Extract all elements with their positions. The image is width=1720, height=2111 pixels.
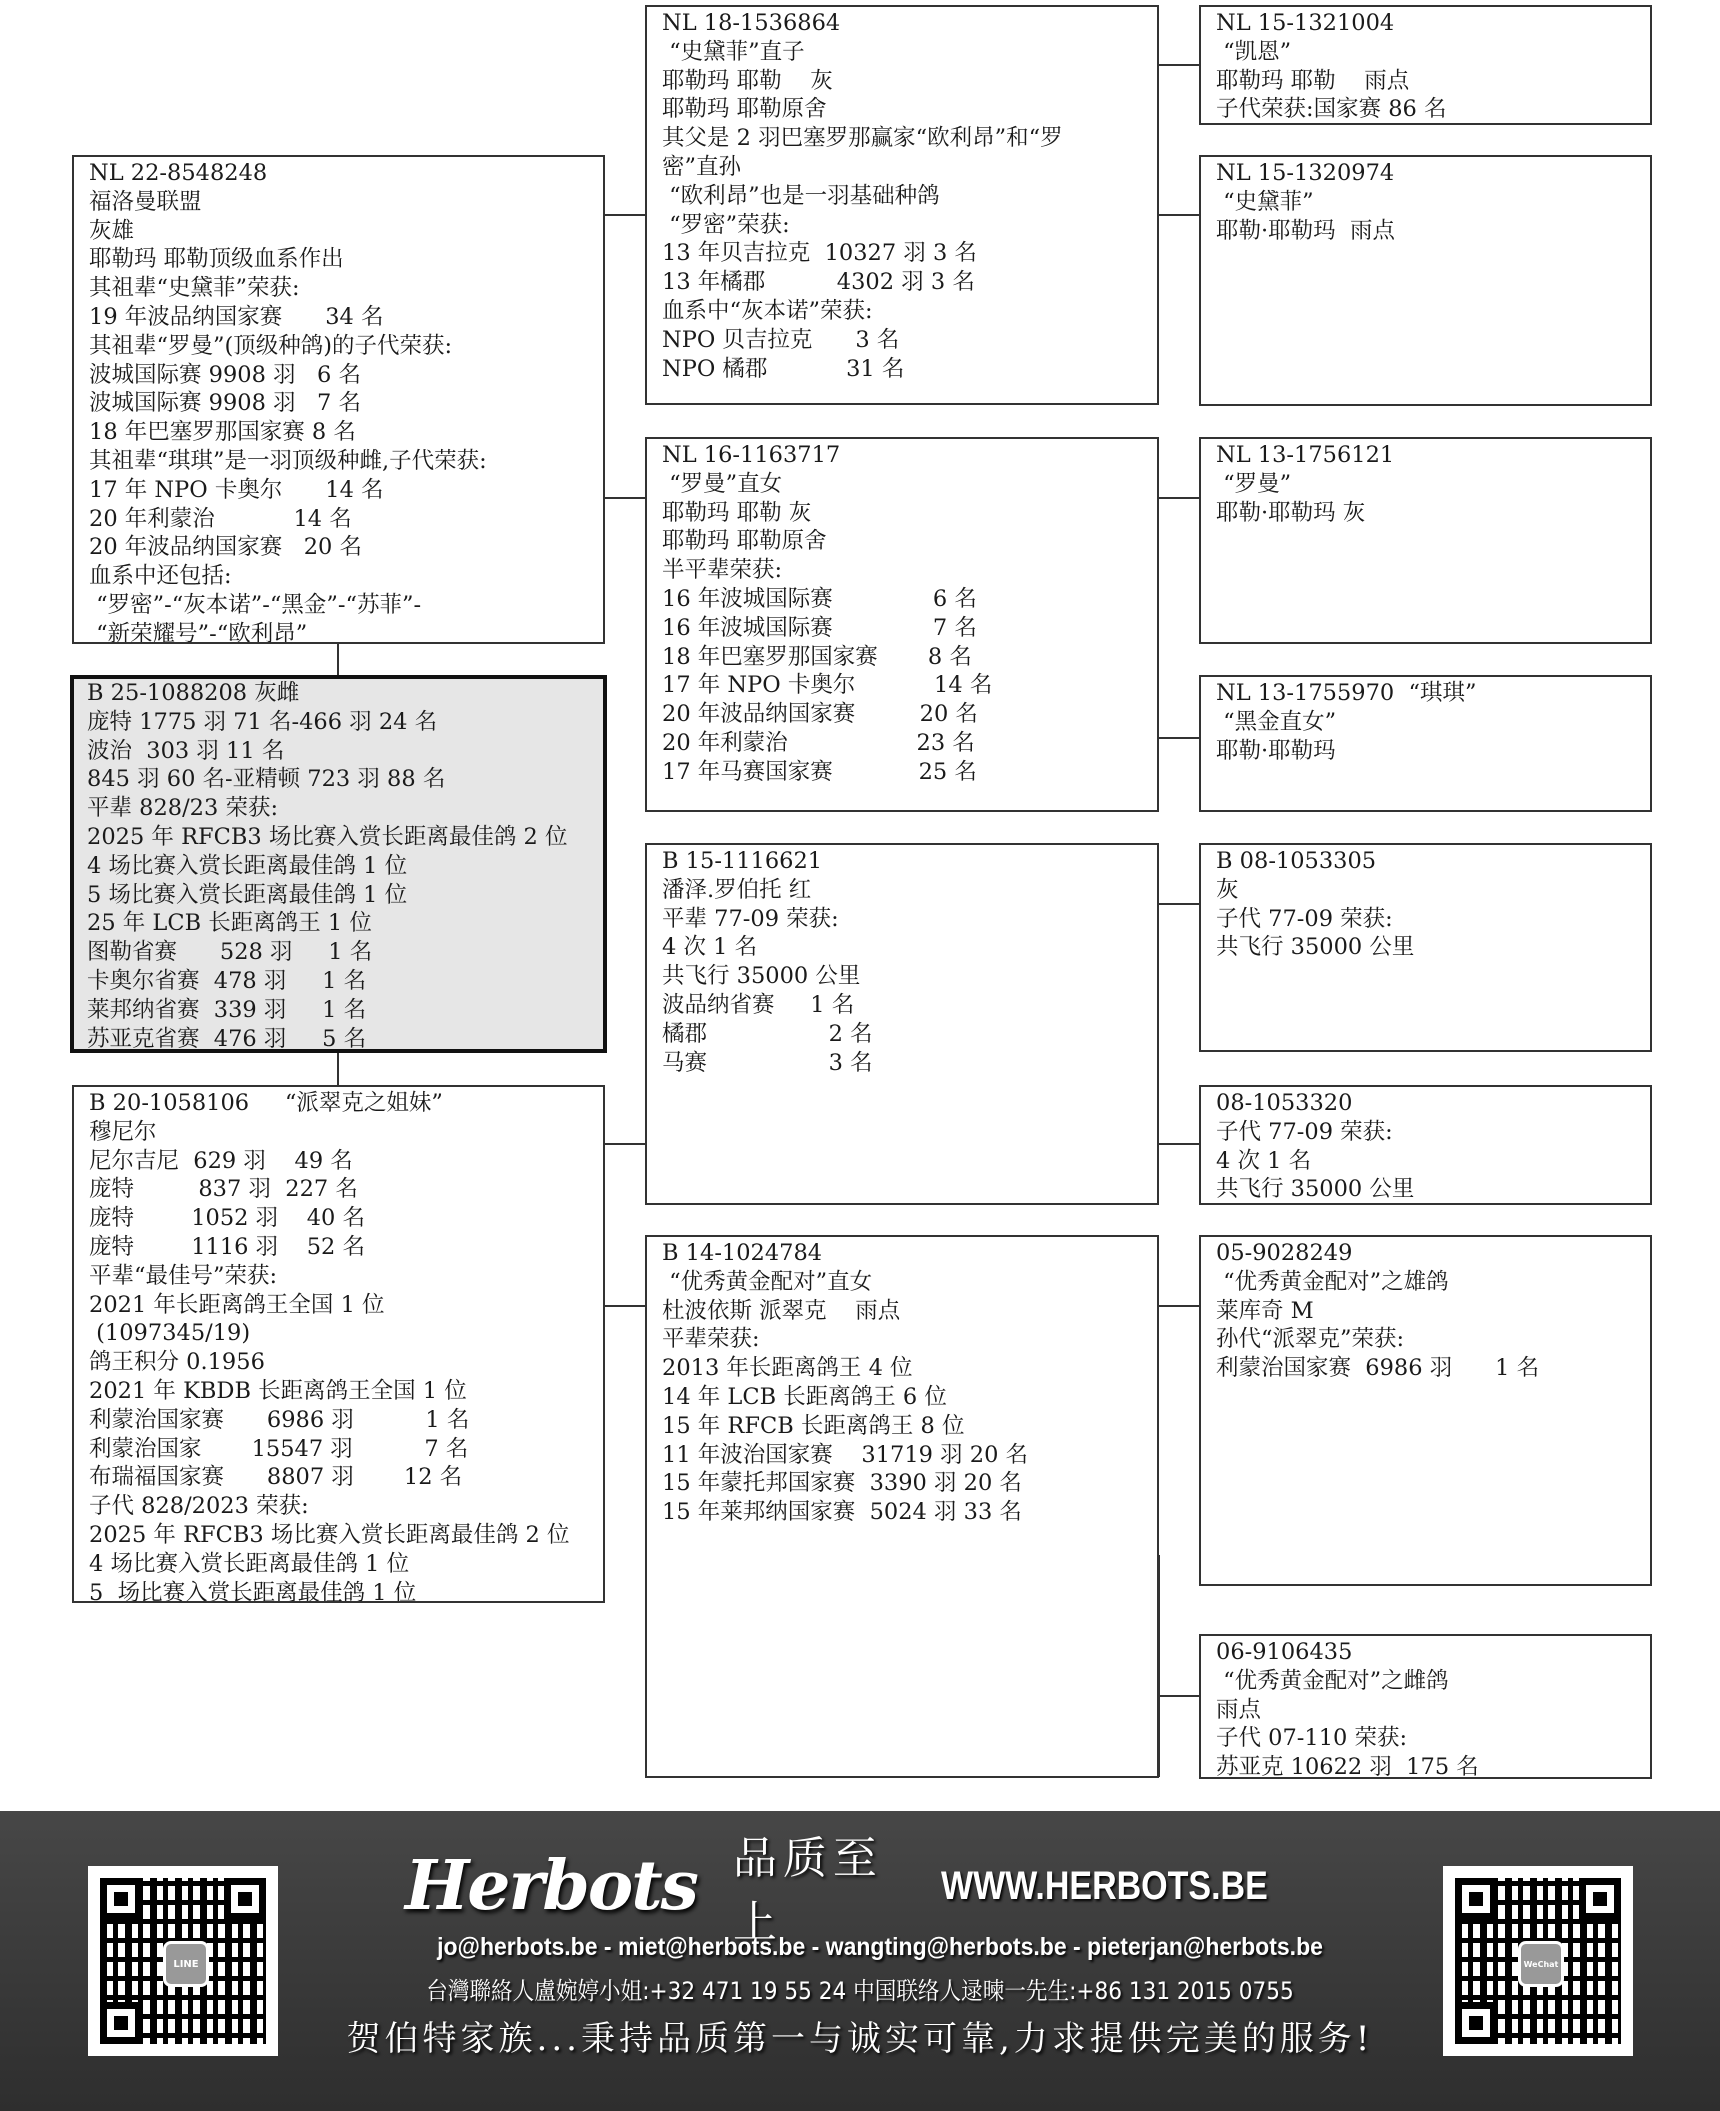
card-line: 平辈“最佳号”荣获: bbox=[89, 1262, 603, 1291]
card-line: 17 年 NPO 卡奥尔 14 名 bbox=[89, 476, 603, 505]
great-grandparent-card-7: 05-9028249 “优秀黄金配对”之雄鸽莱库奇 M孙代“派翠克”荣获:利蒙治… bbox=[1199, 1235, 1652, 1586]
card-line: 18 年巴塞罗那国家赛 8 名 bbox=[89, 418, 603, 447]
card-line: 4 场比赛入赏长距离最佳鸽 1 位 bbox=[87, 852, 603, 881]
email-list[interactable]: jo@herbots.be - miet@herbots.be - wangti… bbox=[420, 1933, 1340, 1962]
website-link[interactable]: WWW.HERBOTS.BE bbox=[941, 1864, 1268, 1909]
connector bbox=[1159, 214, 1199, 216]
great-grandparent-card-6: 08-1053320子代 77-09 荣获:4 次 1 名共飞行 35000 公… bbox=[1199, 1085, 1652, 1205]
connector bbox=[605, 214, 645, 216]
card-line: 15 年莱邦纳国家赛 5024 羽 33 名 bbox=[662, 1498, 1157, 1527]
card-line: 密”直孙 bbox=[662, 153, 1157, 182]
card-line: 耶勒玛 耶勒 灰 bbox=[662, 67, 1157, 96]
card-line: 苏亚克 10622 羽 175 名 bbox=[1216, 1753, 1650, 1779]
card-line: 血系中还包括: bbox=[89, 562, 603, 591]
card-line: 福洛曼联盟 bbox=[89, 188, 603, 217]
ring-number: B 08-1053305 bbox=[1216, 847, 1650, 876]
ring-number: 08-1053320 bbox=[1216, 1089, 1650, 1118]
grandparent-card-4: B 14-1024784 “优秀黄金配对”直女杜波依斯 派翠克 雨点平辈荣获:2… bbox=[645, 1235, 1159, 1778]
great-grandparent-card-3: NL 13-1756121 “罗曼”耶勒·耶勒玛 灰 bbox=[1199, 437, 1652, 644]
ring-number: NL 22-8548248 bbox=[89, 159, 603, 188]
connector bbox=[337, 644, 339, 675]
card-line: 子代 07-110 荣获: bbox=[1216, 1724, 1650, 1753]
wechat-icon: WeChat bbox=[1518, 1941, 1564, 1987]
great-grandparent-card-5: B 08-1053305灰子代 77-09 荣获:共飞行 35000 公里 bbox=[1199, 843, 1652, 1052]
card-line: 利蒙治国家 15547 羽 7 名 bbox=[89, 1435, 603, 1464]
card-line: 波城国际赛 9908 羽 7 名 bbox=[89, 389, 603, 418]
card-line: “罗密”荣获: bbox=[662, 211, 1157, 240]
ring-number: 05-9028249 bbox=[1216, 1239, 1650, 1268]
connector bbox=[1159, 903, 1199, 905]
card-line: 莱库奇 M bbox=[1216, 1297, 1650, 1326]
line-icon: LINE bbox=[163, 1941, 209, 1987]
card-line: 耶勒玛 耶勒 雨点 bbox=[1216, 67, 1650, 96]
card-line: 耶勒·耶勒玛 bbox=[1216, 737, 1650, 766]
card-line: 2013 年长距离鸽王 4 位 bbox=[662, 1354, 1157, 1383]
card-line: 其祖辈“琪琪”是一羽顶级种雌,子代荣获: bbox=[89, 447, 603, 476]
card-line: “史黛菲” bbox=[1216, 188, 1650, 217]
card-line: 其祖辈“罗曼”(顶级种鸽)的子代荣获: bbox=[89, 332, 603, 361]
great-grandparent-card-1: NL 15-1321004 “凯恩”耶勒玛 耶勒 雨点子代荣获:国家赛 86 名 bbox=[1199, 5, 1652, 125]
card-line: 平辈 77-09 荣获: bbox=[662, 905, 1157, 934]
sire-card: NL 22-8548248福洛曼联盟灰雄耶勒玛 耶勒顶级血系作出其祖辈“史黛菲”… bbox=[72, 155, 605, 644]
card-line: “凯恩” bbox=[1216, 38, 1650, 67]
card-line: 19 年波品纳国家赛 34 名 bbox=[89, 303, 603, 332]
connector bbox=[1159, 497, 1199, 499]
card-line: “优秀黄金配对”之雄鸽 bbox=[1216, 1268, 1650, 1297]
card-line: 耶勒玛 耶勒 灰 bbox=[662, 499, 1157, 528]
card-line: 2025 年 RFCB3 场比赛入赏长距离最佳鸽 2 位 bbox=[87, 823, 603, 852]
dam-card: B 20-1058106 “派翠克之姐妹”穆尼尔尼尔吉尼 629 羽 49 名庞… bbox=[72, 1085, 605, 1603]
card-line: 其祖辈“史黛菲”荣获: bbox=[89, 274, 603, 303]
card-line: “罗密”-“灰本诺”-“黑金”-“苏菲”- bbox=[89, 591, 603, 620]
card-line: 845 羽 60 名-亚精顿 723 羽 88 名 bbox=[87, 765, 603, 794]
ring-number: B 20-1058106 “派翠克之姐妹” bbox=[89, 1089, 603, 1118]
grandparent-card-1: NL 18-1536864 “史黛菲”直子耶勒玛 耶勒 灰耶勒玛 耶勒原舍其父是… bbox=[645, 5, 1159, 405]
card-line: 灰 bbox=[1216, 876, 1650, 905]
card-line: 杜波依斯 派翠克 雨点 bbox=[662, 1297, 1157, 1326]
card-line: 2025 年 RFCB3 场比赛入赏长距离最佳鸽 2 位 bbox=[89, 1521, 603, 1550]
connector bbox=[1159, 64, 1199, 66]
ring-number: NL 15-1320974 bbox=[1216, 159, 1650, 188]
card-line: 庞特 837 羽 227 名 bbox=[89, 1175, 603, 1204]
connector bbox=[605, 1143, 645, 1145]
footer-banner: LINE WeChat Herbots 品质至上 WWW.HERBOTS.BE … bbox=[0, 1811, 1720, 2111]
card-line: 子代 77-09 荣获: bbox=[1216, 905, 1650, 934]
ring-number: NL 13-1755970 “琪琪” bbox=[1216, 679, 1650, 708]
card-line: 20 年波品纳国家赛 20 名 bbox=[89, 533, 603, 562]
card-line: 25 年 LCB 长距离鸽王 1 位 bbox=[87, 909, 603, 938]
card-line: 14 年 LCB 长距离鸽王 6 位 bbox=[662, 1383, 1157, 1412]
card-line: 子代 77-09 荣获: bbox=[1216, 1118, 1650, 1147]
connector bbox=[1159, 1143, 1199, 1145]
card-line: 鸽王积分 0.1956 bbox=[89, 1348, 603, 1377]
card-line: 16 年波城国际赛 6 名 bbox=[662, 585, 1157, 614]
card-line: (1097345/19) bbox=[89, 1319, 603, 1348]
card-line: 13 年贝吉拉克 10327 羽 3 名 bbox=[662, 239, 1157, 268]
card-line: 平辈荣获: bbox=[662, 1325, 1157, 1354]
card-line: “优秀黄金配对”直女 bbox=[662, 1268, 1157, 1297]
card-line: “黑金直女” bbox=[1216, 708, 1650, 737]
card-line: 半平辈荣获: bbox=[662, 556, 1157, 585]
ring-number: NL 13-1756121 bbox=[1216, 441, 1650, 470]
card-line: 马赛 3 名 bbox=[662, 1049, 1157, 1078]
card-line: 5 场比赛入赏长距离最佳鸽 1 位 bbox=[89, 1579, 603, 1603]
ring-number: B 15-1116621 bbox=[662, 847, 1157, 876]
card-line: 18 年巴塞罗那国家赛 8 名 bbox=[662, 643, 1157, 672]
card-line: 20 年利蒙治 14 名 bbox=[89, 505, 603, 534]
card-line: 平辈 828/23 荣获: bbox=[87, 794, 603, 823]
card-line: “欧利昂”也是一羽基础种鸽 bbox=[662, 182, 1157, 211]
card-line: 2021 年长距离鸽王全国 1 位 bbox=[89, 1291, 603, 1320]
great-grandparent-card-4: NL 13-1755970 “琪琪” “黑金直女”耶勒·耶勒玛 bbox=[1199, 675, 1652, 812]
card-line: 耶勒玛 耶勒原舍 bbox=[662, 95, 1157, 124]
herbots-logo: Herbots bbox=[405, 1846, 697, 1926]
grandparent-card-2: NL 16-1163717 “罗曼”直女耶勒玛 耶勒 灰耶勒玛 耶勒原舍半平辈荣… bbox=[645, 437, 1159, 812]
card-line: 庞特 1116 羽 52 名 bbox=[89, 1233, 603, 1262]
card-line: 耶勒·耶勒玛 灰 bbox=[1216, 499, 1650, 528]
card-line: 潘泽.罗伯托 红 bbox=[662, 876, 1157, 905]
connector bbox=[1159, 737, 1199, 739]
card-line: 卡奥尔省赛 478 羽 1 名 bbox=[87, 967, 603, 996]
card-line: 共飞行 35000 公里 bbox=[1216, 1175, 1650, 1204]
card-line: 20 年波品纳国家赛 20 名 bbox=[662, 700, 1157, 729]
great-grandparent-card-2: NL 15-1320974 “史黛菲”耶勒·耶勒玛 雨点 bbox=[1199, 155, 1652, 406]
motto: 贺伯特家族...秉持品质第一与诚实可靠,力求提供完美的服务! bbox=[290, 2011, 1430, 2060]
contact-phones: 台灣聯絡人盧婉婷小姐:+32 471 19 55 24 中国联络人逯暕一先生:+… bbox=[356, 1971, 1364, 2006]
card-line: 耶勒玛 耶勒顶级血系作出 bbox=[89, 245, 603, 274]
card-line: “罗曼”直女 bbox=[662, 470, 1157, 499]
card-line: 布瑞福国家赛 8807 羽 12 名 bbox=[89, 1463, 603, 1492]
card-line: 子代 828/2023 荣获: bbox=[89, 1492, 603, 1521]
card-line: 雨点 bbox=[1216, 1696, 1650, 1725]
ring-number: NL 18-1536864 bbox=[662, 9, 1157, 38]
line-qr-code[interactable]: LINE bbox=[88, 1866, 278, 2056]
card-line: 苏亚克省赛 476 羽 5 名 bbox=[87, 1025, 603, 1053]
ring-number: B 14-1024784 bbox=[662, 1239, 1157, 1268]
connector bbox=[605, 497, 645, 499]
ring-number: B 25-1088208 灰雌 bbox=[87, 679, 603, 708]
ring-number: 06-9106435 bbox=[1216, 1638, 1650, 1667]
card-line: 20 年利蒙治 23 名 bbox=[662, 729, 1157, 758]
card-line: 庞特 1052 羽 40 名 bbox=[89, 1204, 603, 1233]
card-line: 4 场比赛入赏长距离最佳鸽 1 位 bbox=[89, 1550, 603, 1579]
brand-row: Herbots 品质至上 WWW.HERBOTS.BE bbox=[405, 1841, 1325, 1931]
card-line: 穆尼尔 bbox=[89, 1118, 603, 1147]
connector bbox=[1159, 1695, 1199, 1697]
card-line: 图勒省赛 528 羽 1 名 bbox=[87, 938, 603, 967]
ring-number: NL 16-1163717 bbox=[662, 441, 1157, 470]
ring-number: NL 15-1321004 bbox=[1216, 9, 1650, 38]
card-line: 2021 年 KBDB 长距离鸽王全国 1 位 bbox=[89, 1377, 603, 1406]
card-line: 莱邦纳省赛 339 羽 1 名 bbox=[87, 996, 603, 1025]
card-line: NPO 橘郡 31 名 bbox=[662, 355, 1157, 384]
card-line: 11 年波治国家赛 31719 羽 20 名 bbox=[662, 1441, 1157, 1470]
card-line: “新荣耀号”-“欧利昂” bbox=[89, 620, 603, 644]
grandparent-card-3: B 15-1116621潘泽.罗伯托 红平辈 77-09 荣获:4 次 1 名共… bbox=[645, 843, 1159, 1205]
card-line: 灰雄 bbox=[89, 217, 603, 246]
card-line: NPO 贝吉拉克 3 名 bbox=[662, 326, 1157, 355]
great-grandparent-card-8: 06-9106435 “优秀黄金配对”之雌鸽雨点子代 07-110 荣获:苏亚克… bbox=[1199, 1634, 1652, 1779]
card-line: 利蒙治国家赛 6986 羽 1 名 bbox=[1216, 1354, 1650, 1383]
wechat-qr-code[interactable]: WeChat bbox=[1443, 1866, 1633, 2056]
card-line: “罗曼” bbox=[1216, 470, 1650, 499]
card-line: 共飞行 35000 公里 bbox=[662, 962, 1157, 991]
card-line: “史黛菲”直子 bbox=[662, 38, 1157, 67]
card-line: 耶勒·耶勒玛 雨点 bbox=[1216, 217, 1650, 246]
card-line: 血系中“灰本诺”荣获: bbox=[662, 297, 1157, 326]
connector bbox=[1159, 1305, 1199, 1307]
slogan: 品质至上 bbox=[733, 1822, 913, 1950]
card-line: 橘郡 2 名 bbox=[662, 1020, 1157, 1049]
card-line: 4 次 1 名 bbox=[662, 933, 1157, 962]
card-line: 共飞行 35000 公里 bbox=[1216, 933, 1650, 962]
card-line: 孙代“派翠克”荣获: bbox=[1216, 1325, 1650, 1354]
card-line: 17 年 NPO 卡奥尔 14 名 bbox=[662, 671, 1157, 700]
card-line: 15 年 RFCB 长距离鸽王 8 位 bbox=[662, 1412, 1157, 1441]
subject-card: B 25-1088208 灰雌庞特 1775 羽 71 名-466 羽 24 名… bbox=[70, 675, 607, 1053]
card-line: 17 年马赛国家赛 25 名 bbox=[662, 758, 1157, 787]
card-line: 波城国际赛 9908 羽 6 名 bbox=[89, 361, 603, 390]
card-line: 13 年橘郡 4302 羽 3 名 bbox=[662, 268, 1157, 297]
card-line: 耶勒玛 耶勒原舍 bbox=[662, 527, 1157, 556]
card-line: 其父是 2 羽巴塞罗那赢家“欧利昂”和“罗 bbox=[662, 124, 1157, 153]
card-line: 5 场比赛入赏长距离最佳鸽 1 位 bbox=[87, 881, 603, 910]
card-line: 尼尔吉尼 629 羽 49 名 bbox=[89, 1147, 603, 1176]
card-line: 波治 303 羽 11 名 bbox=[87, 737, 603, 766]
card-line: 4 次 1 名 bbox=[1216, 1147, 1650, 1176]
card-line: 庞特 1775 羽 71 名-466 羽 24 名 bbox=[87, 708, 603, 737]
card-line: 15 年蒙托邦国家赛 3390 羽 20 名 bbox=[662, 1469, 1157, 1498]
card-line: 子代荣获:国家赛 86 名 bbox=[1216, 95, 1650, 124]
connector bbox=[605, 1305, 645, 1307]
connector bbox=[337, 1053, 339, 1085]
card-line: 波品纳省赛 1 名 bbox=[662, 991, 1157, 1020]
card-line: 16 年波城国际赛 7 名 bbox=[662, 614, 1157, 643]
card-line: 利蒙治国家赛 6986 羽 1 名 bbox=[89, 1406, 603, 1435]
card-line: “优秀黄金配对”之雌鸽 bbox=[1216, 1667, 1650, 1696]
